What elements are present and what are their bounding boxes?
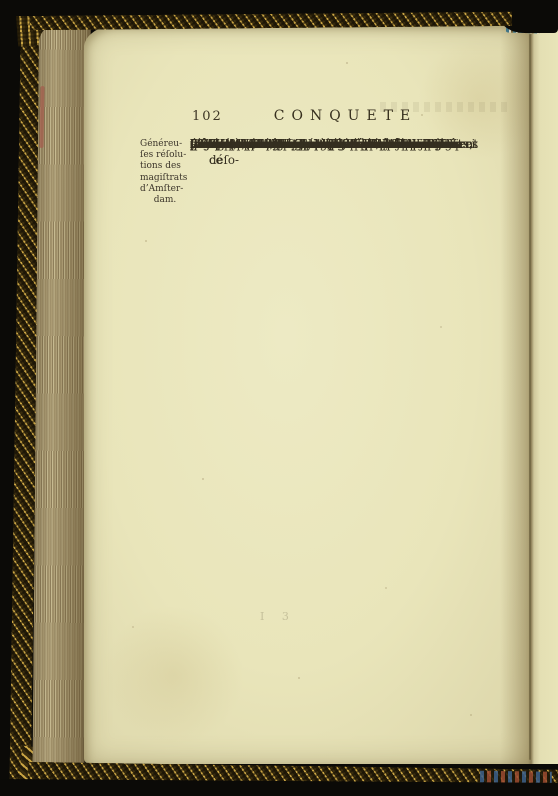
photo-background: 102 CONQUETE Généreu-ſes réſolu-tions de… xyxy=(0,0,558,796)
signature-mark-ghost: I 3 xyxy=(260,610,296,623)
margin-note-line: tions des xyxy=(140,161,190,172)
book-page: 102 CONQUETE Généreu-ſes réſolu-tions de… xyxy=(84,26,532,764)
gutter-crease xyxy=(529,34,531,760)
running-title: CONQUETE xyxy=(190,108,477,124)
margin-note-line: ſes réſolu- xyxy=(140,150,190,161)
background-bottom xyxy=(0,779,558,796)
margin-note: Généreu-ſes réſolu-tions desmagiſtratsd’… xyxy=(140,139,190,206)
page-header: 102 CONQUETE xyxy=(190,108,477,126)
margin-note-line: Généreu- xyxy=(140,139,190,150)
facing-page-edge xyxy=(531,28,558,764)
margin-note-line: dam. xyxy=(140,195,190,206)
margin-note-line: d’Amſter- xyxy=(140,184,190,195)
margin-note-line: magiſtrats xyxy=(140,173,190,184)
gutter-shadow xyxy=(500,28,532,764)
